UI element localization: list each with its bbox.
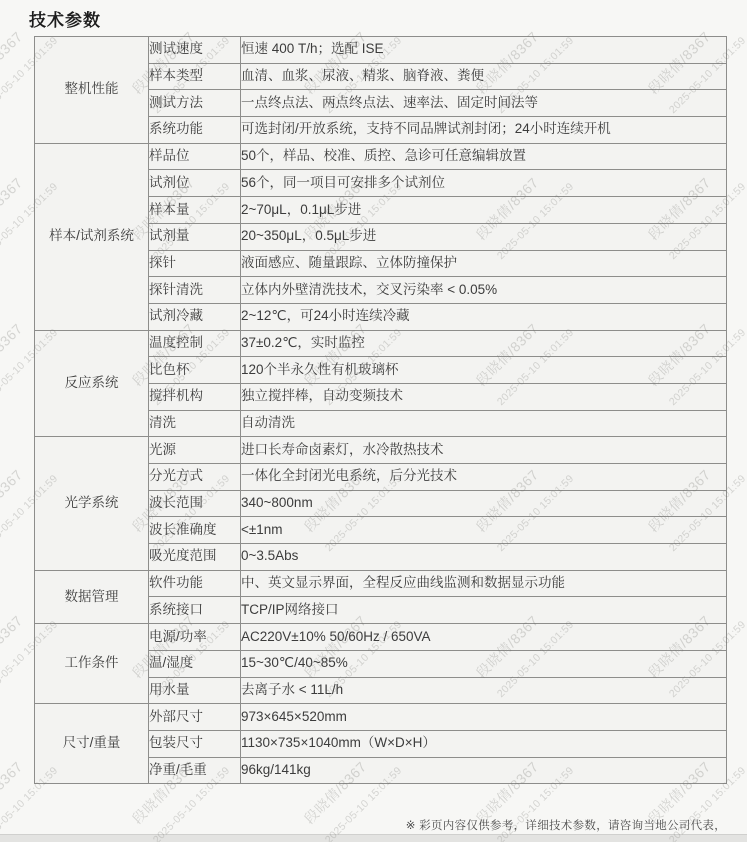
spec-param-cell: 探针清洗 xyxy=(149,277,241,304)
spec-value-cell: 恒速 400 T/h；选配 ISE xyxy=(241,37,727,64)
spec-value-cell: 973×645×520mm xyxy=(241,704,727,731)
spec-param-cell: 包装尺寸 xyxy=(149,730,241,757)
spec-value-cell: 立体内外壁清洗技术，交叉污染率 < 0.05% xyxy=(241,277,727,304)
spec-param-cell: 样本量 xyxy=(149,197,241,224)
table-row: 整机性能测试速度恒速 400 T/h；选配 ISE xyxy=(35,37,727,64)
bottom-bar xyxy=(0,834,747,842)
spec-value-cell: 一点终点法、两点终点法、速率法、固定时间法等 xyxy=(241,90,727,117)
page-title: 技术参数 xyxy=(29,6,101,31)
table-row: 样本/试剂系统样品位50个，样品、校准、质控、急诊可任意编辑放置 xyxy=(35,143,727,170)
spec-table-body: 整机性能测试速度恒速 400 T/h；选配 ISE样本类型血清、血浆、尿液、精浆… xyxy=(35,37,727,784)
spec-table: 整机性能测试速度恒速 400 T/h；选配 ISE样本类型血清、血浆、尿液、精浆… xyxy=(34,36,727,784)
spec-param-cell: 系统功能 xyxy=(149,117,241,144)
table-row: 尺寸/重量外部尺寸973×645×520mm xyxy=(35,704,727,731)
table-row: 数据管理软件功能中、英文显示界面，全程反应曲线监测和数据显示功能 xyxy=(35,570,727,597)
spec-value-cell: 1130×735×1040mm（W×D×H） xyxy=(241,730,727,757)
spec-value-cell: 96kg/141kg xyxy=(241,757,727,784)
spec-param-cell: 清洗 xyxy=(149,410,241,437)
spec-value-cell: 20~350μL，0.5μL步进 xyxy=(241,223,727,250)
table-row: 工作条件电源/功率AC220V±10% 50/60Hz / 650VA xyxy=(35,624,727,651)
spec-value-cell: 50个，样品、校准、质控、急诊可任意编辑放置 xyxy=(241,143,727,170)
table-row: 反应系统温度控制37±0.2℃，实时监控 xyxy=(35,330,727,357)
spec-param-cell: 试剂量 xyxy=(149,223,241,250)
spec-param-cell: 软件功能 xyxy=(149,570,241,597)
spec-value-cell: 液面感应、随量跟踪、立体防撞保护 xyxy=(241,250,727,277)
spec-value-cell: TCP/IP网络接口 xyxy=(241,597,727,624)
spec-value-cell: 0~3.5Abs xyxy=(241,544,727,571)
spec-param-cell: 外部尺寸 xyxy=(149,704,241,731)
spec-param-cell: 用水量 xyxy=(149,677,241,704)
spec-param-cell: 系统接口 xyxy=(149,597,241,624)
table-row: 光学系统光源进口长寿命卤素灯，水冷散热技术 xyxy=(35,437,727,464)
spec-value-cell: 2~70μL，0.1μL步进 xyxy=(241,197,727,224)
spec-category-cell: 尺寸/重量 xyxy=(35,704,149,784)
spec-param-cell: 波长准确度 xyxy=(149,517,241,544)
spec-param-cell: 测试速度 xyxy=(149,37,241,64)
spec-value-cell: 15~30℃/40~85% xyxy=(241,650,727,677)
spec-category-cell: 样本/试剂系统 xyxy=(35,143,149,330)
spec-value-cell: 可选封闭/开放系统，支持不同品牌试剂封闭；24小时连续开机 xyxy=(241,117,727,144)
spec-param-cell: 测试方法 xyxy=(149,90,241,117)
spec-category-cell: 反应系统 xyxy=(35,330,149,437)
spec-param-cell: 样本类型 xyxy=(149,63,241,90)
spec-param-cell: 温/湿度 xyxy=(149,650,241,677)
spec-value-cell: 2~12℃，可24小时连续冷藏 xyxy=(241,303,727,330)
spec-param-cell: 样品位 xyxy=(149,143,241,170)
spec-param-cell: 分光方式 xyxy=(149,464,241,491)
footnote: ※ 彩页内容仅供参考，详细技术参数，请咨询当地公司代表， xyxy=(406,817,726,833)
spec-param-cell: 比色杯 xyxy=(149,357,241,384)
spec-category-cell: 整机性能 xyxy=(35,37,149,144)
spec-value-cell: 进口长寿命卤素灯，水冷散热技术 xyxy=(241,437,727,464)
spec-param-cell: 净重/毛重 xyxy=(149,757,241,784)
spec-value-cell: 340~800nm xyxy=(241,490,727,517)
spec-value-cell: 56个，同一项目可安排多个试剂位 xyxy=(241,170,727,197)
spec-param-cell: 试剂位 xyxy=(149,170,241,197)
spec-value-cell: 一体化全封闭光电系统，后分光技术 xyxy=(241,464,727,491)
spec-param-cell: 吸光度范围 xyxy=(149,544,241,571)
spec-value-cell: 独立搅拌棒，自动变频技术 xyxy=(241,383,727,410)
spec-value-cell: 37±0.2℃，实时监控 xyxy=(241,330,727,357)
spec-param-cell: 光源 xyxy=(149,437,241,464)
spec-value-cell: 去离子水 < 11L/h xyxy=(241,677,727,704)
spec-param-cell: 试剂冷藏 xyxy=(149,303,241,330)
spec-param-cell: 探针 xyxy=(149,250,241,277)
spec-value-cell: AC220V±10% 50/60Hz / 650VA xyxy=(241,624,727,651)
spec-param-cell: 电源/功率 xyxy=(149,624,241,651)
spec-value-cell: 自动清洗 xyxy=(241,410,727,437)
spec-value-cell: 120个半永久性有机玻璃杯 xyxy=(241,357,727,384)
spec-param-cell: 搅拌机构 xyxy=(149,383,241,410)
spec-param-cell: 波长范围 xyxy=(149,490,241,517)
spec-value-cell: <±1nm xyxy=(241,517,727,544)
spec-value-cell: 血清、血浆、尿液、精浆、脑脊液、粪便 xyxy=(241,63,727,90)
spec-value-cell: 中、英文显示界面，全程反应曲线监测和数据显示功能 xyxy=(241,570,727,597)
spec-category-cell: 光学系统 xyxy=(35,437,149,570)
spec-param-cell: 温度控制 xyxy=(149,330,241,357)
spec-category-cell: 数据管理 xyxy=(35,570,149,623)
spec-category-cell: 工作条件 xyxy=(35,624,149,704)
